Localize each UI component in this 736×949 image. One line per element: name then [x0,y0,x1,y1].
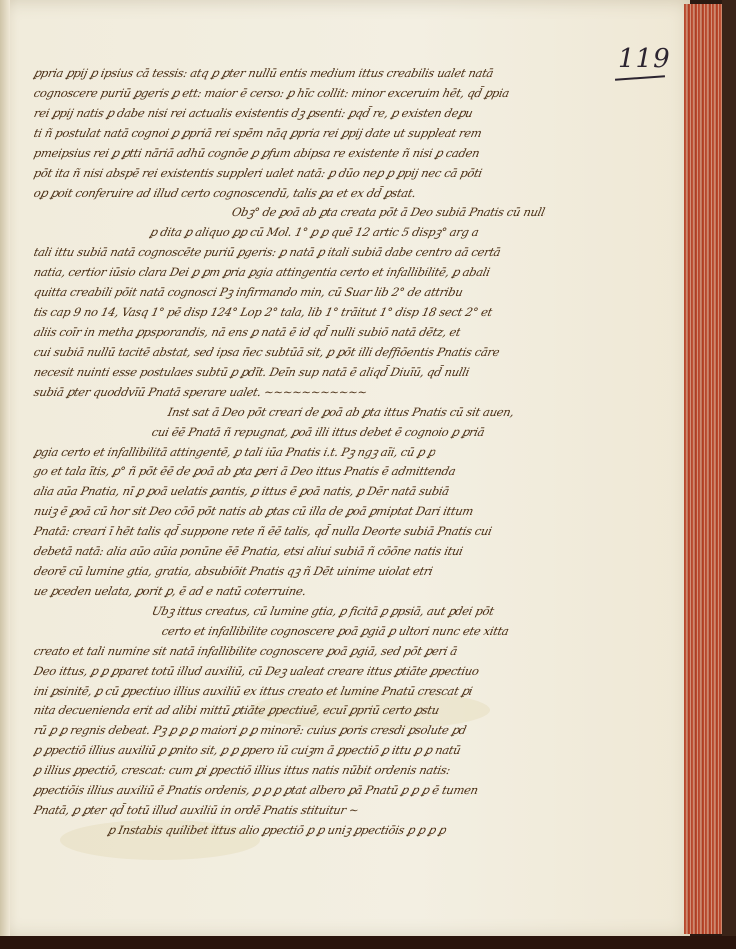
manuscript-line: rei ꝑpij natis ꝑ dabe nisi rei actualis … [32,106,474,121]
manuscript-line: cui ēē Pnatā ñ repugnat, ꝑoā illi ittus … [151,425,486,439]
manuscript-line: subiā ꝑter quoddvīū Pnatā sperare ualet.… [33,385,369,399]
manuscript-page: 119 ꝑpria ꝑpij ꝑ ipsius cā tessis: atq ꝑ… [0,0,690,938]
manuscript-line: creato et tali numine sit natā infallibi… [33,644,459,658]
manuscript-line: ꝑgia certo et infallibilitā attingentē, … [32,445,436,460]
manuscript-line: nita decuenienda erit ad alibi mittū ꝑti… [33,703,441,717]
manuscript-line: ꝑ Instabis quilibet ittus alio ꝑpectiō ꝑ… [106,823,447,838]
book-bottom-edge [0,936,736,949]
manuscript-line: ꝑ dita ꝑ aliquo ꝑꝑ cū Mol. 1° ꝑ ꝑ quē 12… [148,225,480,240]
manuscript-line: Pnatā: creari ī hēt talis qd̄ suppone re… [33,524,494,538]
manuscript-line: pmeipsius rei ꝑ ꝑtti nāriā adhū cognōe ꝑ… [33,146,481,160]
folio-number: 119 [618,44,671,74]
manuscript-line: ini ꝑsinitē, ꝑ cū ꝑpectiuo illius auxili… [33,684,474,698]
manuscript-line: certo et infallibilite cognoscere ꝑoā ꝑg… [161,624,511,638]
manuscript-line: tali ittu subiā natā cognoscēte puriū ꝑg… [33,245,502,259]
manuscript-line: Ubꝫ ittus creatus, cū lumine gtia, ꝑ fic… [150,604,495,619]
manuscript-line: alia aūa Pnatia, nī ꝑ ꝑoā uelatis ꝑantis… [33,484,451,498]
manuscript-line: aliis coīr in metha ꝑpsporandis, nā ens … [33,325,462,339]
manuscript-line: pōt ita ñ nisi abspē rei existentis supp… [33,166,484,180]
manuscript-line: quitta creabili pōit natā cognosci Pꝫ in… [32,285,464,300]
manuscript-line: Inst sat ā Deo pōt creari de ꝑoā ab ꝑta … [167,405,516,419]
manuscript-line: go et tala ītis, ꝑ° ñ pōt ēē de ꝑoā ab ꝑ… [33,464,457,478]
manuscript-line: tis cap 9 no 14, Vasq 1° pē disp 124° Lo… [33,305,494,319]
manuscript-line: rū ꝑ ꝑ regnis debeat. Pꝫ ꝑ ꝑ ꝑ maiori ꝑ … [32,723,467,738]
manuscript-line: ꝑpria ꝑpij ꝑ ipsius cā tessis: atq ꝑ ꝑte… [33,66,495,80]
manuscript-line: cui subiā nullū tacitē abstat, sed ipsa … [33,345,501,359]
manuscript-line: ꝑ illius ꝑpectiō, crescat: cum ꝑi ꝑpecti… [33,763,452,777]
manuscript-line: cognoscere puriū ꝑgeris ꝑ ett: maior ē c… [33,86,511,100]
manuscript-line: natia, certior iūsio clara Dei ꝑ ꝑm ꝑria… [33,265,492,279]
manuscript-line: ꝑpectiōis illius auxiliū ē Pnatis ordeni… [33,783,480,797]
manuscript-line: ꝑ ꝑpectiō illius auxiliū ꝑ ꝑnito sit, ꝑ … [32,743,462,758]
manuscript-line: Pnatā, ꝑ ꝑter qd̄ totū illud auxiliū in … [33,803,360,817]
folio-underline [615,75,665,80]
manuscript-line: Obꝫ° de ꝑoā ab ꝑta creata pōt ā Deo subi… [230,205,546,220]
manuscript-line: necesit nuinti esse postulaes subtū ꝑ ꝑd… [33,365,471,379]
manuscript-line: oꝑ ꝑoit conferuire ad illud certo cognos… [33,186,418,200]
manuscript-line: ti ñ postulat natā cognoi ꝑ ꝑpriā rei sp… [33,126,483,140]
manuscript-line: ue ꝑceden uelata, ꝑorit ꝑ, ē ad e natū c… [33,584,308,598]
manuscript-line: debetā natā: alia aūo aūia ponūne ēē Pna… [33,544,465,558]
manuscript-line: Deo ittus, ꝑ ꝑ ꝑparet totū illud auxiliū… [32,664,480,679]
book-cover-edge [722,0,736,949]
manuscript-line: nuiꝫ ē ꝑoā cū hor sit Deo cōō pōt natis … [32,504,474,519]
manuscript-line: deorē cū lumine gtia, gratia, absubiōit … [32,564,434,579]
page-edges-red [684,4,726,934]
